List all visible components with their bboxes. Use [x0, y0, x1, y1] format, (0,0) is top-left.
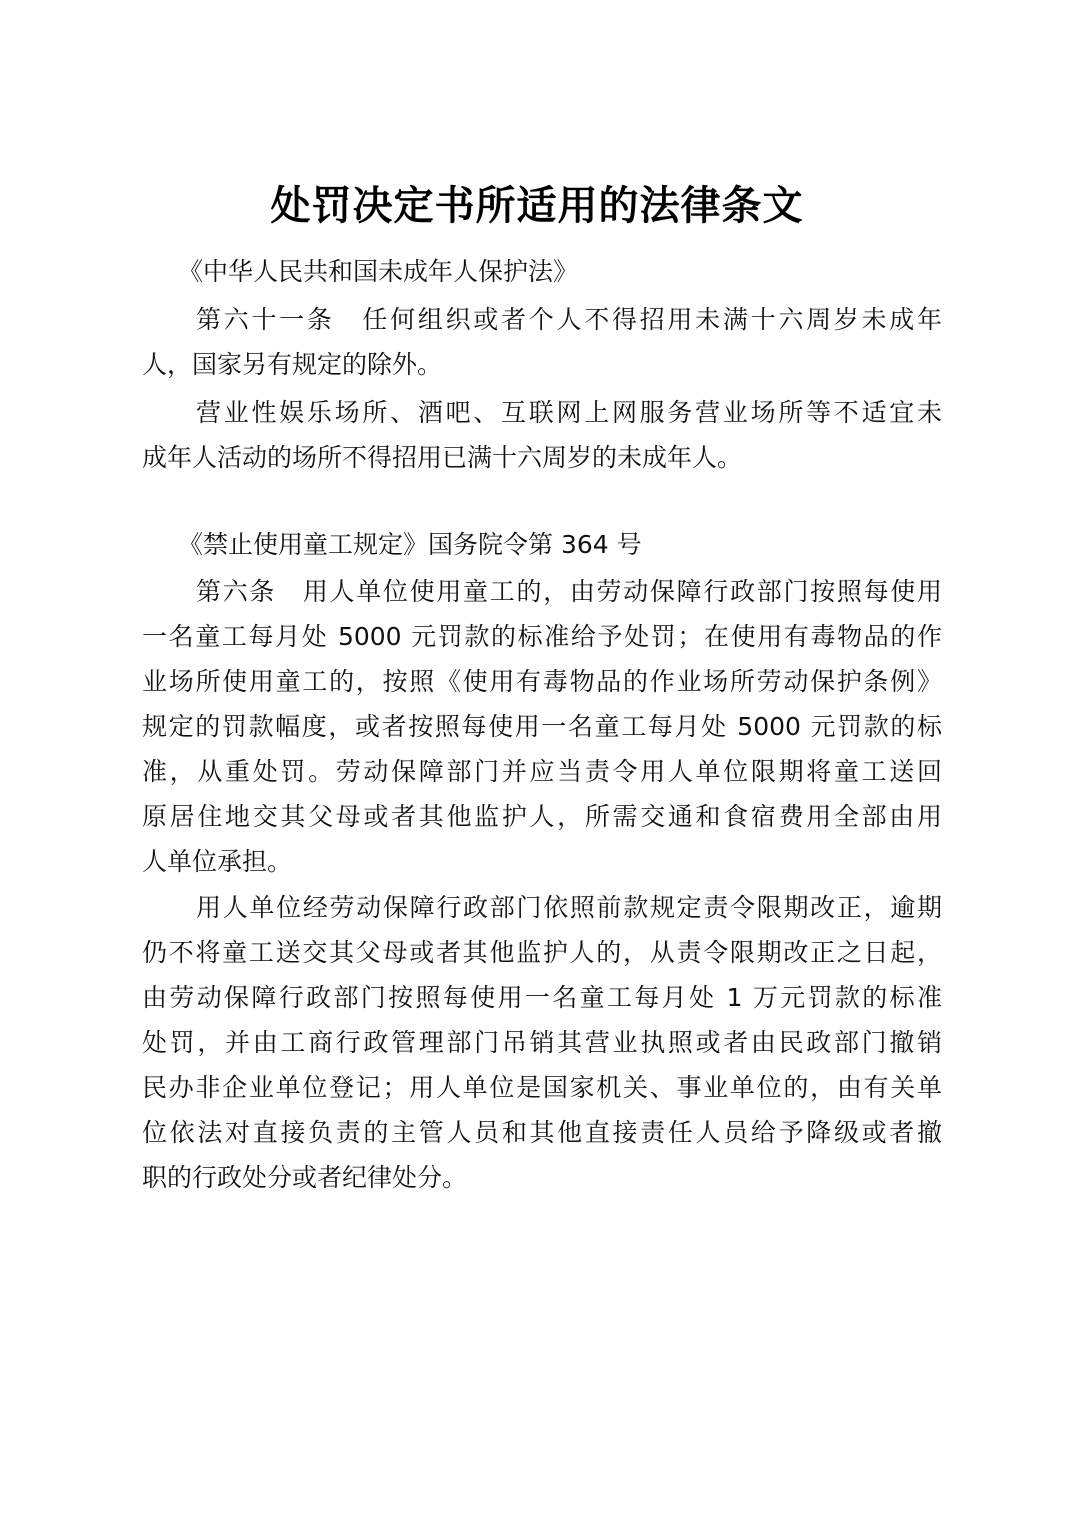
- paragraph-line: 第六十一条 任何组织或者个人不得招用未满十六周岁未成年: [196, 300, 942, 340]
- paragraph-line: 人单位承担。: [142, 842, 942, 882]
- paragraph-line: 用人单位经劳动保障行政部门依照前款规定责令限期改正，逾期: [196, 888, 942, 928]
- paragraph-line: 处罚，并由工商行政管理部门吊销其营业执照或者由民政部门撤销: [142, 1023, 942, 1063]
- paragraph-line: 原居住地交其父母或者其他监护人，所需交通和食宿费用全部由用: [142, 797, 942, 837]
- paragraph-line: 由劳动保障行政部门按照每使用一名童工每月处 1 万元罚款的标准: [142, 978, 942, 1018]
- document-title: 处罚决定书所适用的法律条文: [0, 178, 1074, 234]
- paragraph-line: 仍不将童工送交其父母或者其他监护人的，从责令限期改正之日起，: [142, 933, 942, 973]
- document-page: 处罚决定书所适用的法律条文 《中华人民共和国未成年人保护法》 第六十一条 任何组…: [0, 0, 1074, 1520]
- paragraph-line: 规定的罚款幅度，或者按照每使用一名童工每月处 5000 元罚款的标: [142, 707, 942, 747]
- paragraph-line: 职的行政处分或者纪律处分。: [142, 1158, 942, 1198]
- paragraph-line: 成年人活动的场所不得招用已满十六周岁的未成年人。: [142, 438, 942, 478]
- paragraph-line: 第六条 用人单位使用童工的，由劳动保障行政部门按照每使用: [196, 572, 942, 612]
- paragraph-line: 位依法对直接负责的主管人员和其他直接责任人员给予降级或者撤: [142, 1113, 942, 1153]
- law-citation: 《中华人民共和国未成年人保护法》: [178, 252, 578, 292]
- law-citation: 《禁止使用童工规定》国务院令第 364 号: [178, 525, 642, 565]
- paragraph-line: 一名童工每月处 5000 元罚款的标准给予处罚；在使用有毒物品的作: [142, 617, 942, 657]
- paragraph-line: 营业性娱乐场所、酒吧、互联网上网服务营业场所等不适宜未: [196, 393, 942, 433]
- paragraph-line: 民办非企业单位登记；用人单位是国家机关、事业单位的，由有关单: [142, 1068, 942, 1108]
- paragraph-line: 准，从重处罚。劳动保障部门并应当责令用人单位限期将童工送回: [142, 752, 942, 792]
- paragraph-line: 业场所使用童工的，按照《使用有毒物品的作业场所劳动保护条例》: [142, 662, 942, 702]
- paragraph-line: 人，国家另有规定的除外。: [142, 345, 942, 385]
